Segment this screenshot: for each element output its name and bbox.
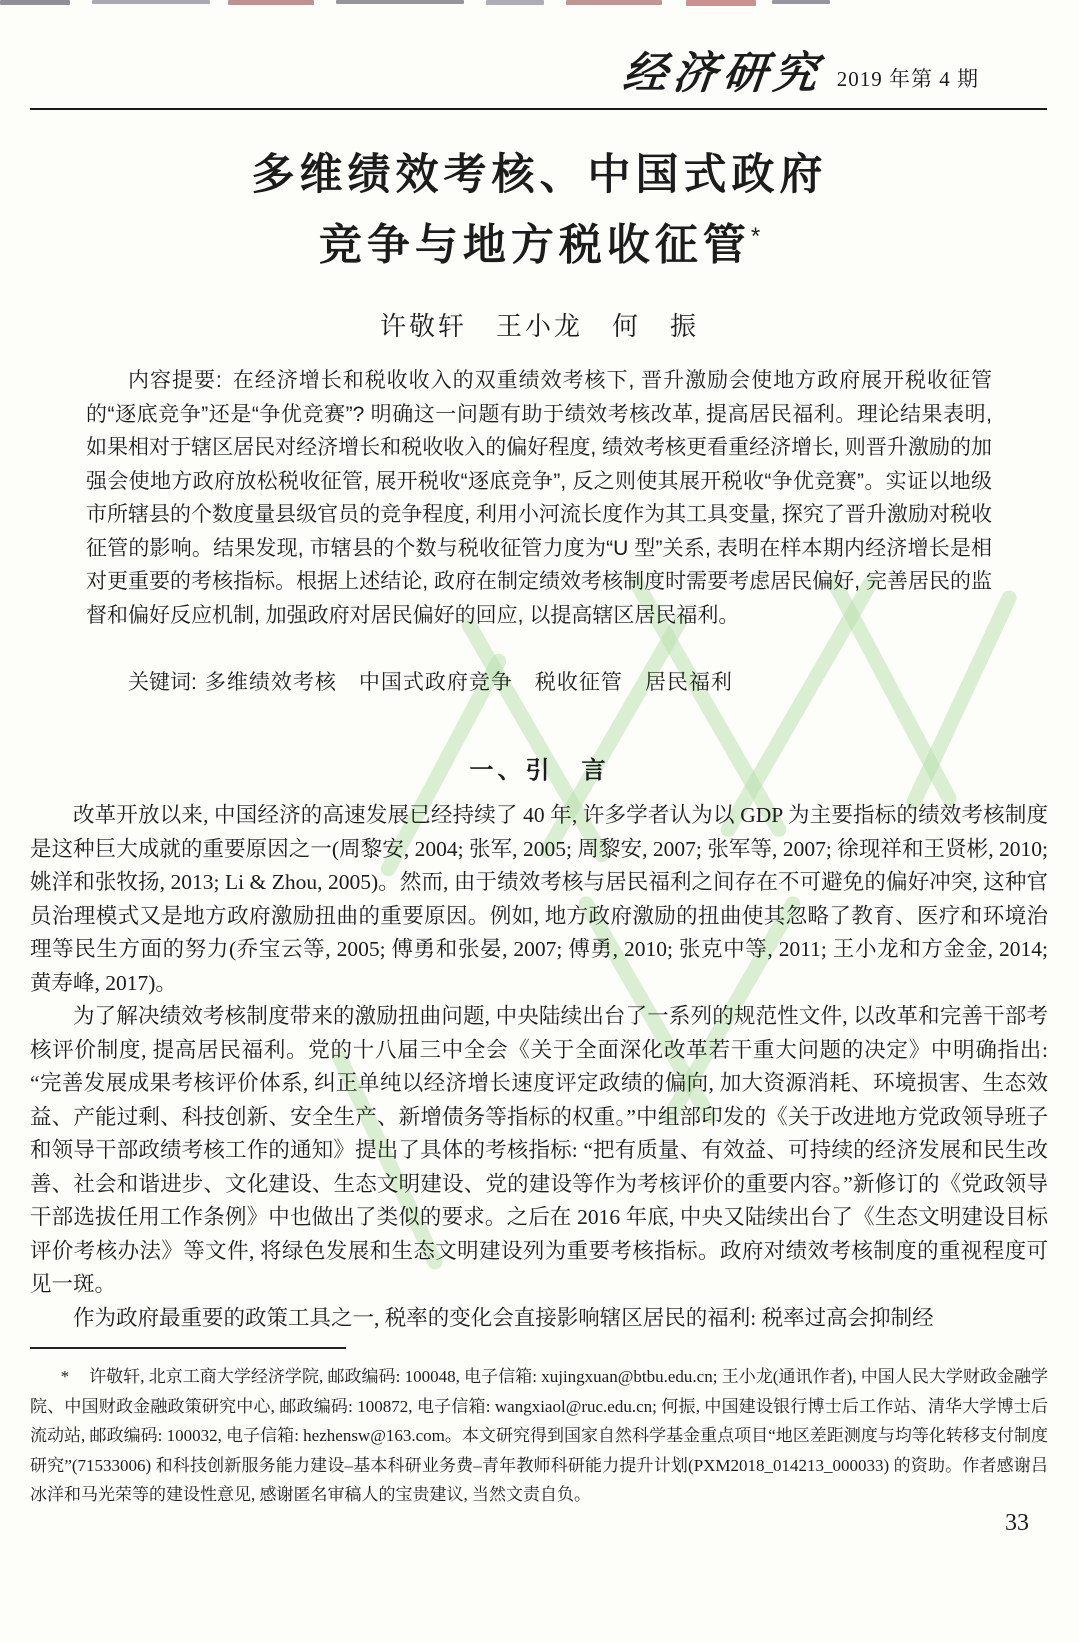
scan-artifact (0, 0, 70, 5)
footnote-paragraph: *许敬轩, 北京工商大学经济学院, 邮政编码: 100048, 电子信箱: xu… (30, 1362, 1048, 1510)
scan-artifact (92, 0, 210, 4)
body-text: 改革开放以来, 中国经济的高速发展已经持续了 40 年, 许多学者认为以 GDP… (30, 799, 1048, 1335)
scan-artifact (228, 0, 314, 5)
journal-logo: 经济研究 (620, 52, 825, 98)
paragraph-2: 为了解决绩效考核制度带来的激励扭曲问题, 中央陆续出台了一系列的规范性文件, 以… (30, 1000, 1048, 1302)
footnote-rule (30, 1347, 346, 1349)
footnote-text: 许敬轩, 北京工商大学经济学院, 邮政编码: 100048, 电子信箱: xuj… (30, 1367, 1048, 1504)
title-footnote-asterisk: * (751, 223, 760, 250)
paragraph-3: 作为政府最重要的政策工具之一, 税率的变化会直接影响辖区居民的福利: 税率过高会… (30, 1302, 1048, 1336)
abstract-paragraph: 内容提要:在经济增长和税收收入的双重绩效考核下, 晋升激励会使地方政府展开税收征… (86, 364, 992, 632)
article-title: 多维绩效考核、中国式政府 竞争与地方税收征管* (0, 144, 1079, 276)
scan-artifact (772, 0, 830, 4)
scan-artifact-strip (0, 0, 840, 8)
footnote-marker: * (61, 1367, 70, 1386)
paragraph-1: 改革开放以来, 中国经济的高速发展已经持续了 40 年, 许多学者认为以 GDP… (30, 799, 1048, 1000)
keywords-label: 关键词: (128, 671, 197, 694)
scan-artifact (566, 0, 662, 5)
header-rule (30, 108, 1047, 110)
scan-artifact (486, 0, 544, 5)
authors-line: 许敬轩 王小龙 何 振 (0, 306, 1079, 343)
scan-artifact (686, 0, 756, 6)
abstract-text: 在经济增长和税收收入的双重绩效考核下, 晋升激励会使地方政府展开税收征管的“逐底… (86, 369, 992, 627)
section-heading: 一、引 言 (0, 750, 1079, 785)
title-line-2: 竞争与地方税收征管* (0, 206, 1079, 276)
keywords-line: 关键词:多维绩效考核 中国式政府竞争 税收征管 居民福利 (86, 666, 992, 700)
abstract-label: 内容提要: (128, 369, 222, 392)
page-number: 33 (1005, 1510, 1029, 1537)
scan-artifact (336, 0, 464, 4)
keywords-text: 多维绩效考核 中国式政府竞争 税收征管 居民福利 (205, 671, 733, 694)
title-line-1: 多维绩效考核、中国式政府 (0, 144, 1079, 206)
journal-header: 经济研究 2019 年第 4 期 (623, 52, 979, 98)
abstract-block: 内容提要:在经济增长和税收收入的双重绩效考核下, 晋升激励会使地方政府展开税收征… (86, 364, 992, 632)
paper-page: 经济研究 2019 年第 4 期 多维绩效考核、中国式政府 竞争与地方税收征管*… (0, 0, 1079, 1643)
footnote-block: *许敬轩, 北京工商大学经济学院, 邮政编码: 100048, 电子信箱: xu… (30, 1362, 1048, 1510)
journal-issue: 2019 年第 4 期 (837, 69, 979, 98)
